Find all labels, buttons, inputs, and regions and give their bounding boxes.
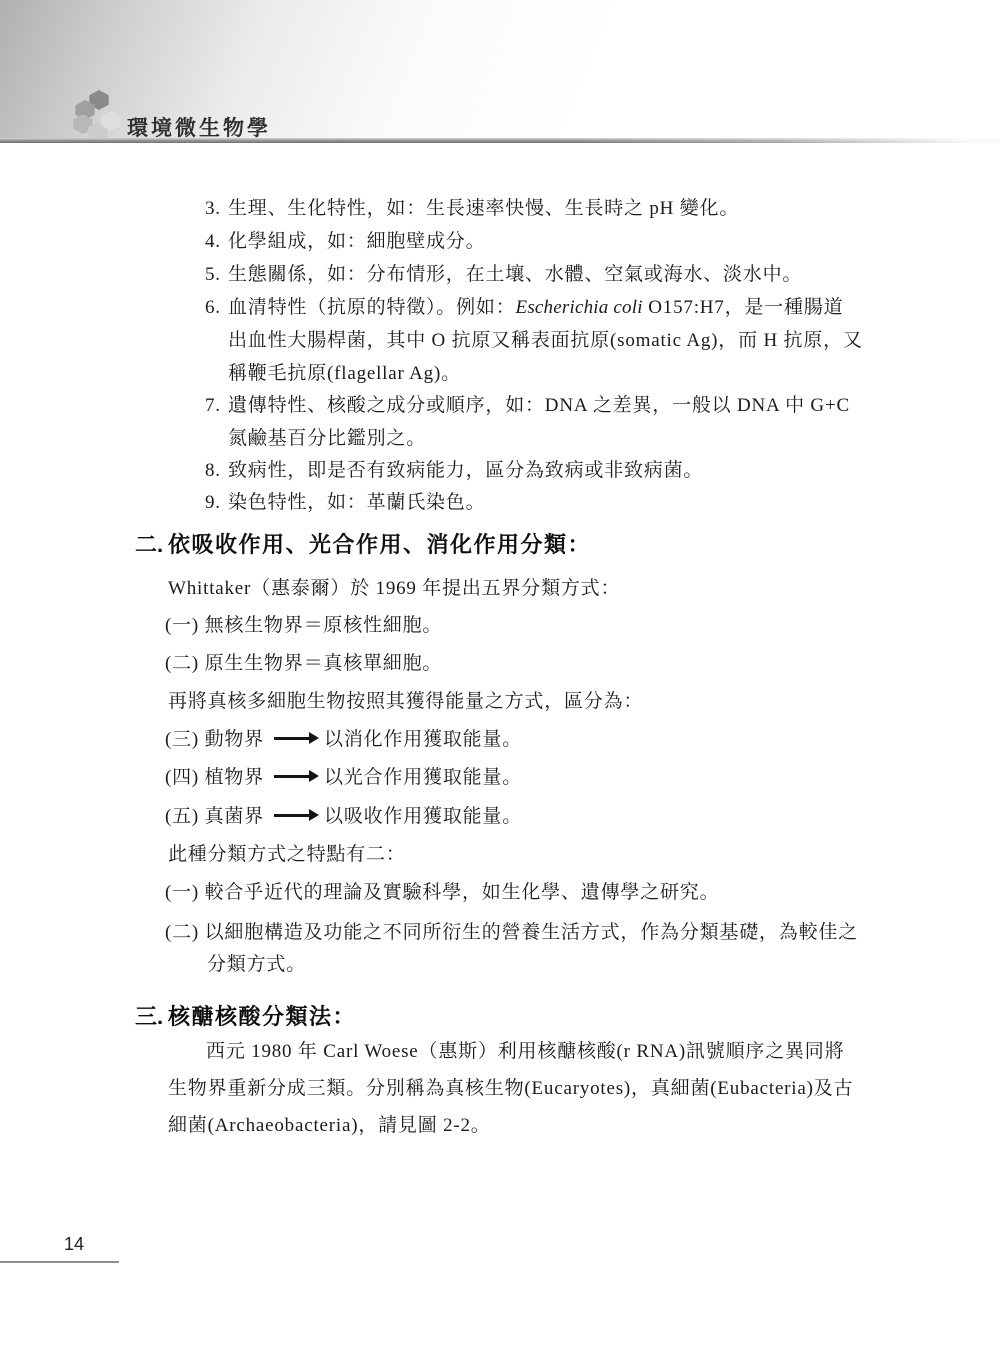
section-title: 依吸收作用、光合作用、消化作用分類： [168,532,591,557]
section-3-heading: 三.核醣核酸分類法： [135,1000,356,1031]
right-arrow-icon [274,775,310,778]
item-number: 5. [205,263,228,287]
item-number: 4. [205,230,228,254]
paragraph-line-2: 生物界重新分成三類。分別稱為真核生物(Eucaryotes)，真細菌(Eubac… [168,1077,853,1101]
paragraph-line-3: 細菌(Archaeobacteria)，請見圖 2-2。 [168,1114,491,1138]
item-text: 遺傳特性、核酸之成分或順序，如：DNA 之差異，一般以 DNA 中 G+C [228,395,850,416]
item-text: 化學組成，如：細胞壁成分。 [228,231,485,252]
section-title: 核醣核酸分類法： [168,1004,356,1029]
item-text: 生理、生化特性，如：生長速率快慢、生長時之 pH 變化。 [228,198,739,219]
item-text: 生態關係，如：分布情形，在土壤、水體、空氣或海水、淡水中。 [228,264,802,285]
item-text: 血清特性（抗原的特徵）。例如： [228,297,516,318]
list-item-4: 4.化學組成，如：細胞壁成分。 [205,230,485,254]
kingdom-text: 以消化作用獲取能量。 [324,729,522,750]
list-item-3: 3.生理、生化特性，如：生長速率快慢、生長時之 pH 變化。 [205,197,739,221]
section-2-heading: 二.依吸收作用、光合作用、消化作用分類： [135,528,591,559]
kingdom-text: 以吸收作用獲取能量。 [324,806,522,827]
list-item-6: 6.血清特性（抗原的特徵）。例如：Escherichia coli O157:H… [205,296,843,320]
paragraph-line-1: 西元 1980 年 Carl Woese（惠斯）利用核醣核酸(r RNA)訊號順… [206,1040,844,1064]
section-number: 二. [135,528,168,559]
list-item-5: 5.生態關係，如：分布情形，在土壤、水體、空氣或海水、淡水中。 [205,263,802,287]
body-line-kingdom-5: (五) 真菌界以吸收作用獲取能量。 [165,805,522,829]
item-text: 染色特性，如：革蘭氏染色。 [228,492,485,513]
list-item-9: 9.染色特性，如：革蘭氏染色。 [205,491,485,515]
body-line-features: 此種分類方式之特點有二： [168,843,406,867]
right-arrow-icon [274,737,310,740]
item-number: 3. [205,197,228,221]
body-line-feature-1: (一) 較合乎近代的理論及實驗科學，如生化學、遺傳學之研究。 [165,881,719,905]
list-item-6-cont: 稱鞭毛抗原(flagellar Ag)。 [228,362,461,386]
item-number: 7. [205,394,228,418]
item-text: 稱鞭毛抗原(flagellar Ag)。 [228,363,461,384]
page-number: 14 [64,1234,84,1255]
item-text: 致病性，即是否有致病能力，區分為致病或非致病菌。 [228,460,703,481]
body-line-kingdom-3: (三) 動物界以消化作用獲取能量。 [165,728,522,752]
list-item-6-cont: 出血性大腸桿菌，其中 O 抗原又稱表面抗原(somatic Ag)，而 H 抗原… [228,329,863,353]
item-number: 6. [205,296,228,320]
header-divider [0,138,1000,143]
item-text: 出血性大腸桿菌，其中 O 抗原又稱表面抗原(somatic Ag)，而 H 抗原… [228,330,863,351]
section-number: 三. [135,1000,168,1031]
list-item-7-cont: 氮鹼基百分比鑑別之。 [228,427,426,451]
item-number: 8. [205,459,228,483]
species-name-italic: Escherichia coli [516,297,643,318]
kingdom-label: (三) 動物界 [165,729,264,750]
body-line-feature-2: (二) 以細胞構造及功能之不同所衍生的營養生活方式，作為分類基礎，為較佳之 [165,921,858,945]
body-line-kingdom-1: (一) 無核生物界＝原核性細胞。 [165,614,442,638]
kingdom-label: (五) 真菌界 [165,806,264,827]
item-number: 9. [205,491,228,515]
item-text: O157:H7，是一種腸道 [643,297,844,318]
kingdom-label: (四) 植物界 [165,767,264,788]
body-line-feature-2-cont: 分類方式。 [207,953,306,977]
body-line-kingdom-2: (二) 原生生物界＝真核單細胞。 [165,652,442,676]
kingdom-text: 以光合作用獲取能量。 [324,767,522,788]
body-line-whittaker: Whittaker（惠泰爾）於 1969 年提出五界分類方式： [168,577,620,601]
body-line-kingdom-4: (四) 植物界以光合作用獲取能量。 [165,766,522,790]
list-item-8: 8.致病性，即是否有致病能力，區分為致病或非致病菌。 [205,459,703,483]
item-text: 氮鹼基百分比鑑別之。 [228,428,426,449]
right-arrow-icon [274,814,310,817]
body-line-again: 再將真核多細胞生物按照其獲得能量之方式，區分為： [168,690,643,714]
page-header: 環境微生物學 [0,0,1000,139]
footer-divider [0,1261,119,1263]
list-item-7: 7.遺傳特性、核酸之成分或順序，如：DNA 之差異，一般以 DNA 中 G+C [205,394,850,418]
